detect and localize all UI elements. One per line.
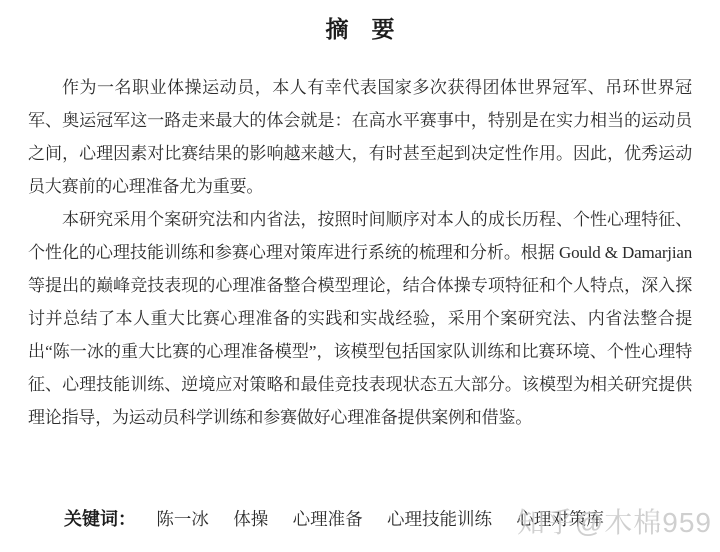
keyword: 心理技能训练 [387,509,492,529]
abstract-page: 摘 要 作为一名职业体操运动员，本人有幸代表国家多次获得团体世界冠军、吊环世界冠… [0,0,720,552]
keyword: 心理准备 [293,509,363,529]
keyword: 体操 [233,509,268,529]
keyword: 陈一冰 [156,509,209,529]
abstract-paragraph-1: 作为一名职业体操运动员，本人有幸代表国家多次获得团体世界冠军、吊环世界冠军、奥运… [28,71,692,203]
abstract-paragraph-2: 本研究采用个案研究法和内省法，按照时间顺序对本人的成长历程、个性心理特征、个性化… [28,203,692,434]
keyword: 心理对策库 [516,509,604,529]
keywords-row: 关键词： 陈一冰 体操 心理准备 心理技能训练 心理对策库 [28,505,700,531]
keywords-label: 关键词： [64,509,136,529]
page-title: 摘 要 [0,0,720,45]
